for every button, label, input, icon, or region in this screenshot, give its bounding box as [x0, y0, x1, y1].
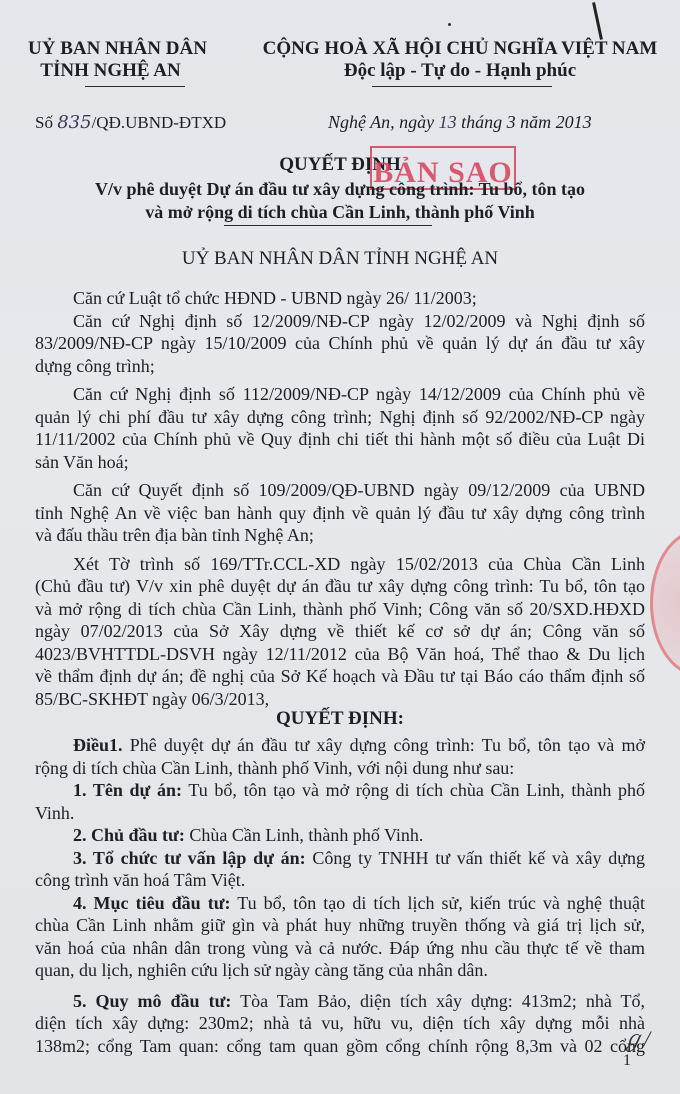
- basis-line: ngày 07/02/2013 của Sở Xây dựng về thiết…: [35, 620, 645, 643]
- agency-underline: [85, 86, 185, 87]
- basis-line: sản Văn hoá;: [35, 451, 645, 474]
- article-1: Điều1. Phê duyệt dự án đầu tư xây dựng c…: [35, 734, 645, 1057]
- basis-line: quản lý chi phí đầu tư xây dựng công trì…: [35, 406, 645, 429]
- basis-line: Căn cứ Nghị định số 12/2009/NĐ-CP ngày 1…: [35, 310, 645, 333]
- basis-line: 85/BC-SKHĐT ngày 06/3/2013,: [35, 688, 645, 711]
- red-seal: [650, 530, 680, 676]
- item-line: văn hoá của nhân dân trong vùng và cả nư…: [35, 937, 645, 960]
- document-number: Số 835/QĐ.UBND-ĐTXD: [35, 112, 226, 133]
- issuing-agency: UỶ BAN NHÂN DÂN TỈNH NGHỆ AN: [28, 38, 193, 82]
- item-line: công trình văn hoá Tâm Việt.: [35, 869, 645, 892]
- basis-line: 83/2009/NĐ-CP ngày 15/10/2009 của Chính …: [35, 332, 645, 355]
- article-line: rộng di tích chùa Cần Linh, thành phố Vi…: [35, 757, 645, 780]
- motto-underline: [372, 86, 552, 87]
- basis-line: Căn cứ Quyết định số 109/2009/QĐ-UBND ng…: [35, 479, 645, 502]
- handwritten-initial: ℊ/: [622, 1022, 650, 1053]
- item-line: chùa Cần Linh nhằm giữ gìn và phát huy n…: [35, 914, 645, 937]
- national-header: CỘNG HOÀ XÃ HỘI CHỦ NGHĨA VIỆT NAM Độc l…: [250, 38, 670, 82]
- basis-line: về thẩm định dự án; đề nghị của Sở Kế ho…: [35, 665, 645, 688]
- handwritten-day: 13: [439, 112, 457, 132]
- article-line: Điều1. Phê duyệt dự án đầu tư xây dựng c…: [35, 734, 645, 757]
- basis-line: Xét Tờ trình số 169/TTr.CCL-XD ngày 15/0…: [35, 553, 645, 576]
- basis-line: tỉnh Nghệ An về việc ban hành quy định v…: [35, 502, 645, 525]
- decision-heading: QUYẾT ĐỊNH:: [0, 708, 680, 730]
- item-line: diện tích xây dựng: 230m2; nhà tả vu, hữ…: [35, 1012, 645, 1035]
- basis-line: (Chủ đầu tư) V/v xin phê duyệt dự án đầu…: [35, 575, 645, 598]
- agency-line2: TỈNH NGHỆ AN: [28, 60, 193, 82]
- item-line: 138m2; cổng Tam quan: cổng tam quan gồm …: [35, 1035, 645, 1058]
- pen-dot: [448, 23, 451, 26]
- item-1: 1. Tên dự án: Tu bổ, tôn tạo và mở rộng …: [35, 779, 645, 802]
- item-line: Vinh.: [35, 802, 645, 825]
- basis-line: 11/11/2002 của Chính phủ về Quy định chi…: [35, 428, 645, 451]
- item-line: quan, du lịch, nghiên cứu lịch sử ngày c…: [35, 959, 645, 982]
- item-2: 2. Chủ đầu tư: Chùa Cần Linh, thành phố …: [35, 824, 645, 847]
- basis-line: 4023/BVHTTDL-DSVH ngày 12/11/2012 của Bộ…: [35, 643, 645, 666]
- item-3: 3. Tổ chức tư vấn lập dự án: Công ty TNH…: [35, 847, 645, 870]
- country-name: CỘNG HOÀ XÃ HỘI CHỦ NGHĨA VIỆT NAM: [250, 38, 670, 60]
- subject-line2: và mở rộng di tích chùa Cần Linh, thành …: [0, 201, 680, 224]
- basis-line: dựng công trình;: [35, 355, 645, 378]
- handwritten-number: 835: [57, 112, 91, 133]
- agency-line1: UỶ BAN NHÂN DÂN: [28, 38, 193, 60]
- pen-mark: [592, 2, 603, 40]
- page-number: 1: [623, 1052, 631, 1070]
- basis-line: Căn cứ Luật tổ chức HĐND - UBND ngày 26/…: [35, 287, 645, 310]
- document-page: UỶ BAN NHÂN DÂN TỈNH NGHỆ AN CỘNG HOÀ XÃ…: [0, 0, 680, 1094]
- national-motto: Độc lập - Tự do - Hạnh phúc: [250, 60, 670, 82]
- subject-line1: V/v phê duyệt Dự án đầu tư xây dựng công…: [0, 178, 680, 201]
- basis-line: Căn cứ Nghị định số 112/2009/NĐ-CP ngày …: [35, 383, 645, 406]
- issuing-authority: UỶ BAN NHÂN DÂN TỈNH NGHỆ AN: [0, 248, 680, 270]
- document-title: QUYẾT ĐỊNH: [0, 154, 680, 176]
- legal-bases: Căn cứ Luật tổ chức HĐND - UBND ngày 26/…: [35, 287, 645, 710]
- item-5: 5. Quy mô đầu tư: Tòa Tam Bảo, diện tích…: [35, 990, 645, 1013]
- basis-line: và đấu thầu trên địa bàn tỉnh Nghệ An;: [35, 524, 645, 547]
- subject-underline: [224, 225, 432, 226]
- document-date: Nghệ An, ngày 13 tháng 3 năm 2013: [328, 112, 592, 133]
- item-4: 4. Mục tiêu đầu tư: Tu bổ, tôn tạo di tí…: [35, 892, 645, 915]
- basis-line: và mở rộng di tích chùa Cần Linh, thành …: [35, 598, 645, 621]
